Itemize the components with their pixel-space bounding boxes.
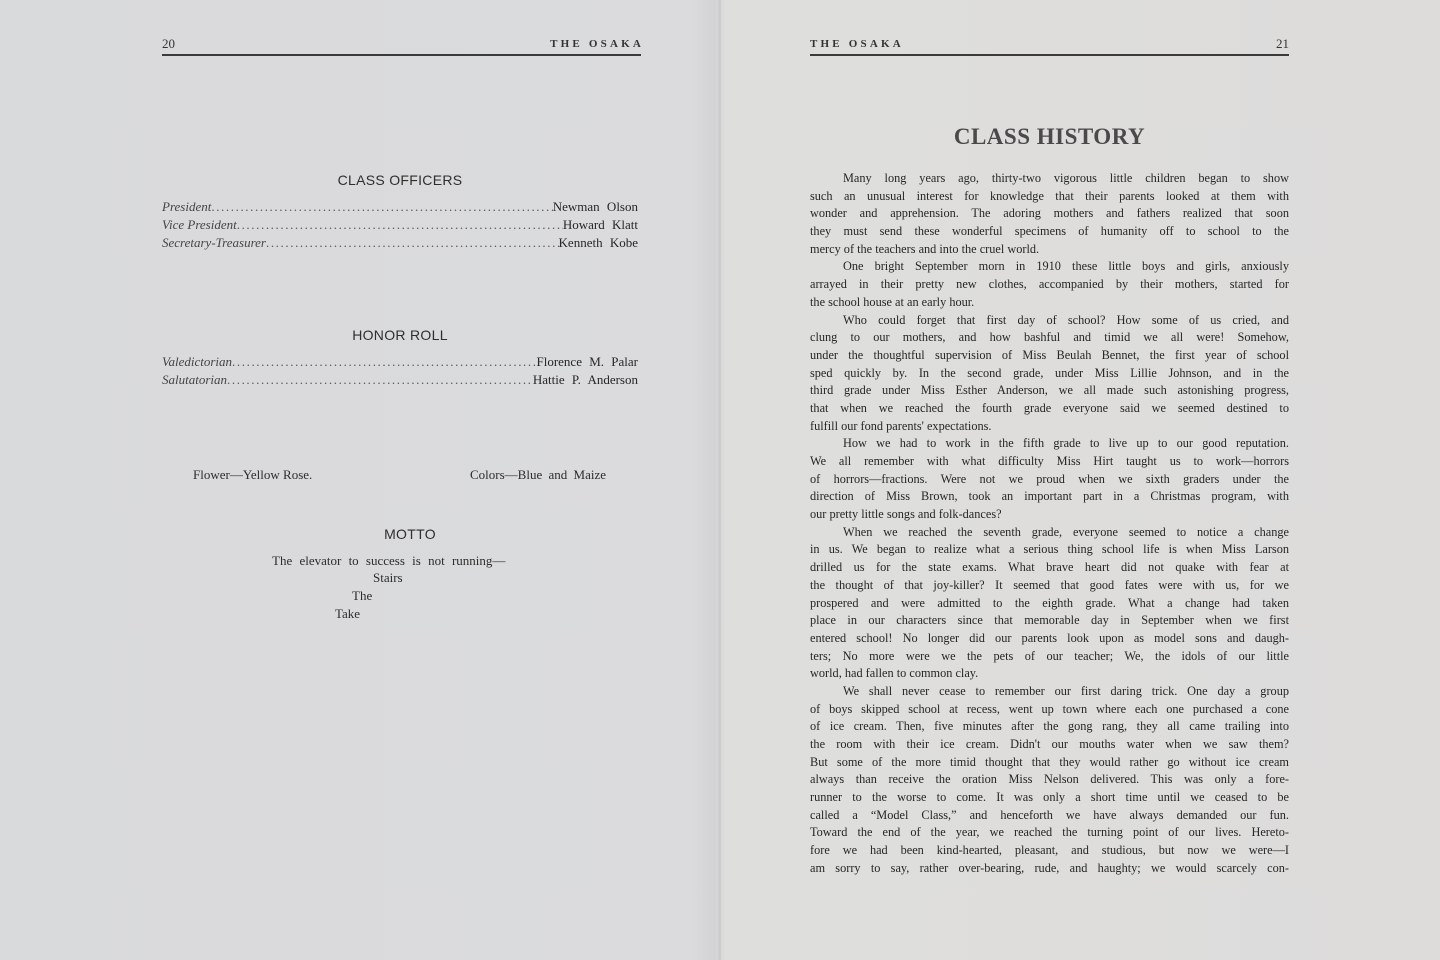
history-text-line: Many long years ago, thirty-two vigorous… xyxy=(810,170,1289,188)
history-text-line: am sorry to say, rather over-bearing, ru… xyxy=(810,860,1289,878)
page-number: 21 xyxy=(1276,36,1289,52)
officer-row: Vice President Howard Klatt xyxy=(162,216,638,234)
history-text-line: sped quickly by. In the second grade, un… xyxy=(810,365,1289,383)
yearbook-spread: 20 THE OSAKA CLASS OFFICERS President Ne… xyxy=(0,0,1440,960)
history-text-line: How we had to work in the fifth grade to… xyxy=(810,435,1289,453)
history-text-line: third grade under Miss Esther Anderson, … xyxy=(810,382,1289,400)
officer-name: Newman Olson xyxy=(553,198,638,216)
history-text-line: runner to the worse to come. It was only… xyxy=(810,789,1289,807)
history-text-line: direction of Miss Brown, took an importa… xyxy=(810,488,1289,506)
dot-leader xyxy=(237,216,563,234)
history-text-line: We all remember with what difficulty Mis… xyxy=(810,453,1289,471)
right-page: THE OSAKA 21 CLASS HISTORY Many long yea… xyxy=(722,0,1440,960)
running-header-right: THE OSAKA 21 xyxy=(810,36,1289,56)
page-number: 20 xyxy=(162,36,175,52)
history-text-line: One bright September morn in 1910 these … xyxy=(810,258,1289,276)
officer-row: President Newman Olson xyxy=(162,198,638,216)
history-text-line: always than receive the oration Miss Nel… xyxy=(810,771,1289,789)
dot-leader xyxy=(232,353,536,371)
history-text-line: fulfill our fond parents' expectations. xyxy=(810,418,1289,436)
history-text-line: that when we reached the fourth grade ev… xyxy=(810,400,1289,418)
honor-roll-list: Valedictorian Florence M. Palar Salutato… xyxy=(162,353,638,389)
honor-role: Salutatorian xyxy=(162,371,227,389)
history-text-line: place in our characters since that memor… xyxy=(810,612,1289,630)
history-text-line: Toward the end of the year, we reached t… xyxy=(810,824,1289,842)
officer-role: President xyxy=(162,198,211,216)
history-text-line: But some of the more timid thought that … xyxy=(810,754,1289,772)
motto-heading: MOTTO xyxy=(170,526,650,542)
motto-line: Take xyxy=(335,605,360,623)
history-text-line: drilled us for the state exams. What bra… xyxy=(810,559,1289,577)
running-header-left: 20 THE OSAKA xyxy=(162,36,641,56)
history-text-line: our pretty little songs and folk-dances? xyxy=(810,506,1289,524)
officer-row: Secretary-Treasurer Kenneth Kobe xyxy=(162,234,638,252)
history-text-line: called a “Model Class,” and henceforth w… xyxy=(810,807,1289,825)
class-colors: Colors—Blue and Maize xyxy=(470,466,606,484)
history-text-line: fore we had been kind-hearted, pleasant,… xyxy=(810,842,1289,860)
history-text-line: ters; No more were we the pets of our te… xyxy=(810,648,1289,666)
history-text-line: entered school! No longer did our parent… xyxy=(810,630,1289,648)
history-text-line: We shall never cease to remember our fir… xyxy=(810,683,1289,701)
history-text-line: under the thoughtful supervision of Miss… xyxy=(810,347,1289,365)
history-text-line: of ice cream. Then, five minutes after t… xyxy=(810,718,1289,736)
history-text-line: wonder and apprehension. The adoring mot… xyxy=(810,205,1289,223)
motto-line: Stairs xyxy=(373,569,403,587)
honor-role: Valedictorian xyxy=(162,353,232,371)
history-text-line: world, had fallen to common clay. xyxy=(810,665,1289,683)
running-title: THE OSAKA xyxy=(550,36,644,52)
history-text-line: such an unusual interest for knowledge t… xyxy=(810,188,1289,206)
class-history-body: Many long years ago, thirty-two vigorous… xyxy=(810,170,1289,878)
history-text-line: Who could forget that first day of schoo… xyxy=(810,312,1289,330)
dot-leader xyxy=(227,371,533,389)
history-text-line: the school house at an early hour. xyxy=(810,294,1289,312)
dot-leader xyxy=(211,198,552,216)
history-text-line: the thought of that joy-killer? It seeme… xyxy=(810,577,1289,595)
history-text-line: prospered and were admitted to the eight… xyxy=(810,595,1289,613)
officer-role: Secretary-Treasurer xyxy=(162,234,266,252)
history-text-line: the room with their ice cream. Didn't ou… xyxy=(810,736,1289,754)
motto-line: The elevator to success is not running— xyxy=(272,552,505,570)
history-text-line: they must send these wonderful specimens… xyxy=(810,223,1289,241)
class-history-title: CLASS HISTORY xyxy=(810,124,1289,150)
history-text-line: clung to our mothers, and how bashful an… xyxy=(810,329,1289,347)
class-flower: Flower—Yellow Rose. xyxy=(193,466,312,484)
history-text-line: of boys skipped school at recess, went u… xyxy=(810,701,1289,719)
honor-row: Valedictorian Florence M. Palar xyxy=(162,353,638,371)
left-page: 20 THE OSAKA CLASS OFFICERS President Ne… xyxy=(0,0,718,960)
history-text-line: mercy of the teachers and into the cruel… xyxy=(810,241,1289,259)
class-officers-heading: CLASS OFFICERS xyxy=(162,172,638,188)
honor-name: Florence M. Palar xyxy=(536,353,638,371)
officer-name: Howard Klatt xyxy=(563,216,638,234)
officer-name: Kenneth Kobe xyxy=(559,234,638,252)
running-title: THE OSAKA xyxy=(810,36,904,52)
history-text-line: of horrors—fractions. Were not we proud … xyxy=(810,471,1289,489)
history-text-line: When we reached the seventh grade, every… xyxy=(810,524,1289,542)
officer-role: Vice President xyxy=(162,216,237,234)
history-text-line: in us. We began to realize what a seriou… xyxy=(810,541,1289,559)
motto-line: The xyxy=(352,587,372,605)
honor-row: Salutatorian Hattie P. Anderson xyxy=(162,371,638,389)
history-text-line: arrayed in their pretty new clothes, acc… xyxy=(810,276,1289,294)
class-officers-list: President Newman Olson Vice President Ho… xyxy=(162,198,638,252)
honor-roll-heading: HONOR ROLL xyxy=(162,327,638,343)
dot-leader xyxy=(266,234,559,252)
honor-name: Hattie P. Anderson xyxy=(533,371,638,389)
